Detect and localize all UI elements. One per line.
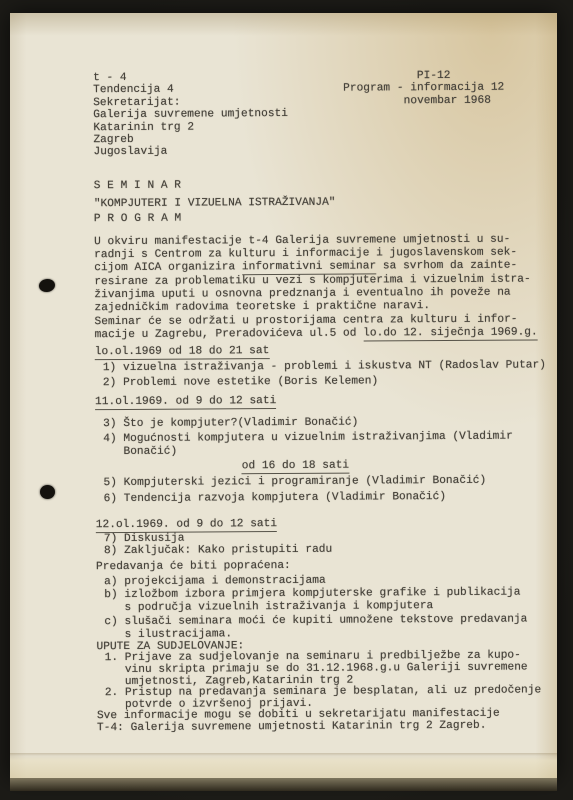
session-2-subheading: od 16 do 18 sati — [95, 459, 495, 475]
header-left-block: t - 4 Tendencija 4 Sekretarijat: Galerij… — [93, 71, 288, 159]
footer-note: Sve informacije mogu se dobiti u sekreta… — [97, 709, 500, 734]
venue-paragraph: Seminar će se održati u prostorijama cen… — [95, 313, 538, 342]
accompaniment-items: a) projekcijama i demonstracijama b) izl… — [96, 574, 527, 643]
session-2-item-3: 3) Što je kompjuter?(Vladimir Bonačić) — [95, 417, 358, 432]
instructions-items: 1. Prijave za sudjelovanje na seminaru i… — [97, 650, 542, 712]
session-3-heading: 12.ol.1969. od 9 do 12 sati — [96, 518, 277, 532]
session-2-heading: 11.ol.1969. od 9 do 12 sati — [95, 395, 276, 409]
typewritten-content: t - 4 Tendencija 4 Sekretarijat: Galerij… — [8, 11, 560, 779]
session-3-items: 7) Diskusija 8) Zaključak: Kako pristupi… — [96, 532, 332, 558]
session-1-heading: lo.ol.1969 od 18 do 21 sat — [95, 345, 270, 359]
paper: t - 4 Tendencija 4 Sekretarijat: Galerij… — [10, 13, 557, 778]
session-1-items: 1) vizuelna istraživanja - problemi i is… — [95, 358, 546, 391]
bottom-fold-crease — [10, 753, 557, 791]
intro-paragraph: U okviru manifestacije t-4 Galerija suvr… — [94, 233, 531, 315]
session-2-item-6: 6) Tendencija razvoja kompjutera (Vladim… — [96, 491, 446, 506]
venue-dates-underlined: lo.do 12. siječnja 1969.g. — [363, 327, 538, 342]
program-title: P R O G R A M — [94, 213, 181, 227]
session-2-item-5: 5) Kompjuterski jezici i programiranje (… — [95, 475, 486, 491]
document-title: "KOMPJUTERI I VIZUELNA ISTRAŽIVANJA" — [94, 197, 336, 212]
header-right-block: PI-12 Program - informacija 12 novembar … — [343, 70, 504, 108]
session-2-item-4: 4) Mogućnosti kompjutera u vizuelnim ist… — [95, 431, 513, 460]
intro-underlined-phrase: informativni seminar — [242, 261, 376, 275]
accompaniment-intro: Predavanja će biti popraćena: — [96, 560, 291, 574]
seminar-title: S E M I N A R — [94, 180, 181, 194]
